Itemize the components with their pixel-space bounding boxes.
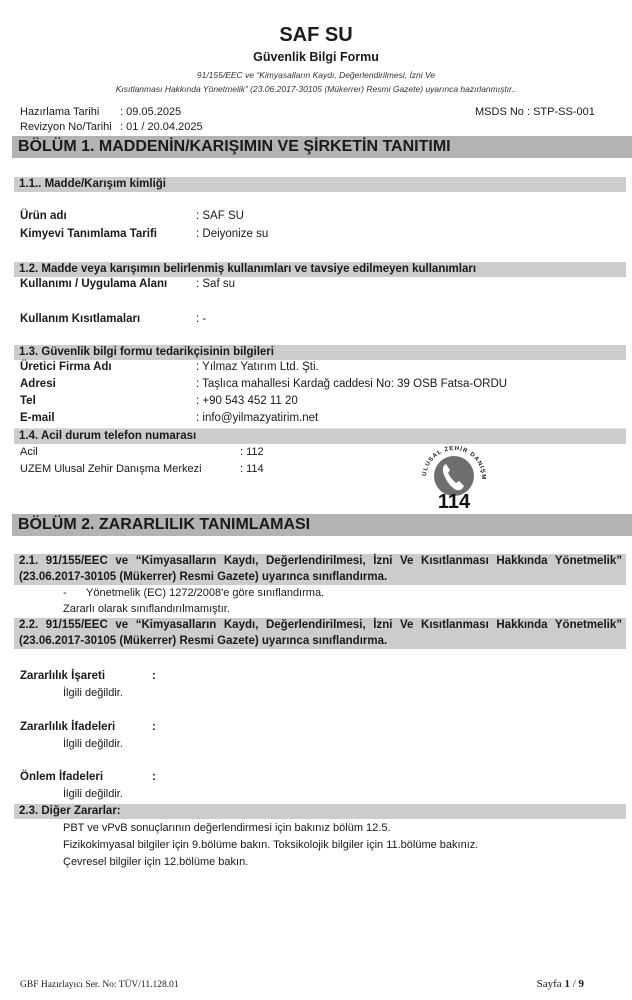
email-value[interactable]: : info@yilmazyatirim.net: [196, 412, 318, 424]
email-label: E-mail: [20, 412, 55, 424]
precautionary-statements-value: İlgili değildir.: [63, 788, 123, 800]
section-1-header: BÖLÜM 1. MADDENİN/KARIŞIMIN VE ŞİRKETİN …: [12, 136, 632, 158]
phone-label: Tel: [20, 395, 36, 407]
emergency-label: Acil: [20, 446, 38, 458]
msds-number: MSDS No : STP-SS-001: [475, 106, 595, 118]
document-title: SAF SU: [0, 24, 632, 47]
subsection-2-1-header: 2.1. 91/155/EEC ve “Kimyasalların Kaydı,…: [14, 554, 626, 585]
other-hazards-line-3: Çevresel bilgiler için 12.bölüme bakın.: [63, 856, 248, 868]
precautionary-statements-label: Önlem İfadeleri: [20, 771, 103, 783]
hazard-pictogram-colon: :: [152, 670, 156, 682]
hazard-statements-colon: :: [152, 721, 156, 733]
product-name-label: Ürün adı: [20, 210, 67, 222]
prep-date-value: : 09.05.2025: [120, 106, 181, 118]
revision-label: Revizyon No/Tarihi: [20, 121, 112, 133]
manufacturer-value: : Yılmaz Yatırım Ltd. Şti.: [196, 361, 319, 373]
document-subtitle: Güvenlik Bilgi Formu: [0, 50, 632, 64]
regulation-line-1: 91/155/EEC ve “Kimyasalların Kaydı, Değe…: [0, 70, 632, 80]
poison-center-value[interactable]: : 114: [240, 463, 264, 475]
subsection-1-3-header: 1.3. Güvenlik bilgi formu tedarikçisinin…: [14, 345, 626, 360]
usage-restrictions-value: : -: [196, 313, 206, 325]
subsection-2-2-header: 2.2. 91/155/EEC ve “Kimyasalların Kaydı,…: [14, 618, 626, 649]
address-label: Adresi: [20, 378, 56, 390]
chemical-description-label: Kimyevi Tanımlama Tarifi: [20, 228, 157, 240]
subsection-1-1-header: 1.1.. Madde/Karışım kimliği: [14, 177, 626, 192]
hazard-pictogram-label: Zararlılık İşareti: [20, 670, 105, 682]
revision-value: : 01 / 20.04.2025: [120, 121, 203, 133]
section-2-header: BÖLÜM 2. ZARARLILIK TANIMLAMASI: [12, 514, 632, 536]
prep-date-label: Hazırlama Tarihi: [20, 106, 99, 118]
product-name-value: : SAF SU: [196, 210, 244, 222]
hazard-statements-value: İlgili değildir.: [63, 738, 123, 750]
hazard-statements-label: Zararlılık İfadeleri: [20, 721, 115, 733]
other-hazards-line-2: Fizikokimyasal bilgiler için 9.bölüme ba…: [63, 839, 478, 851]
usage-area-value: : Saf su: [196, 278, 235, 290]
subsection-1-2-header: 1.2. Madde veya karışımın belirlenmiş ku…: [14, 262, 626, 277]
poison-center-label: UZEM Ulusal Zehir Danışma Merkezi: [20, 463, 202, 475]
subsection-2-3-header: 2.3. Diğer Zararlar:: [14, 804, 626, 819]
usage-restrictions-label: Kullanım Kısıtlamaları: [20, 313, 140, 325]
page-separator: /: [570, 978, 579, 990]
hazard-pictogram-value: İlgili değildir.: [63, 687, 123, 699]
page-indicator: Sayfa 1 / 9: [537, 978, 584, 990]
classification-note: Zararlı olarak sınıflandırılmamıştır.: [63, 603, 230, 615]
phone-value[interactable]: : +90 543 452 11 20: [196, 395, 298, 407]
address-value: : Taşlıca mahallesi Kardağ caddesi No: 3…: [196, 378, 507, 390]
classification-bullet: Yönetmelik (EC) 1272/2008'e göre sınıfla…: [86, 587, 324, 599]
subsection-1-4-header: 1.4. Acil durum telefon numarası: [14, 429, 626, 444]
manufacturer-label: Üretici Firma Adı: [20, 361, 112, 373]
poison-center-phone-icon: ULUSAL ZEHİR DANIŞMA MERKEZİ 114: [412, 442, 496, 510]
page-total: 9: [579, 978, 585, 990]
logo-number: 114: [438, 491, 471, 510]
chemical-description-value: : Deiyonize su: [196, 228, 268, 240]
emergency-value[interactable]: : 112: [240, 446, 264, 458]
other-hazards-line-1: PBT ve vPvB sonuçlarının değerlendirmesi…: [63, 822, 391, 834]
precautionary-statements-colon: :: [152, 771, 156, 783]
bullet-dash: -: [63, 587, 67, 599]
footer-preparer: GBF Hazırlayıcı Ser. No: TÜV/11.128.01: [20, 980, 179, 990]
page-prefix: Sayfa: [537, 978, 565, 990]
usage-area-label: Kullanımı / Uygulama Alanı: [20, 278, 167, 290]
regulation-line-2: Kısıtlanması Hakkında Yönetmelik” (23.06…: [0, 84, 632, 94]
